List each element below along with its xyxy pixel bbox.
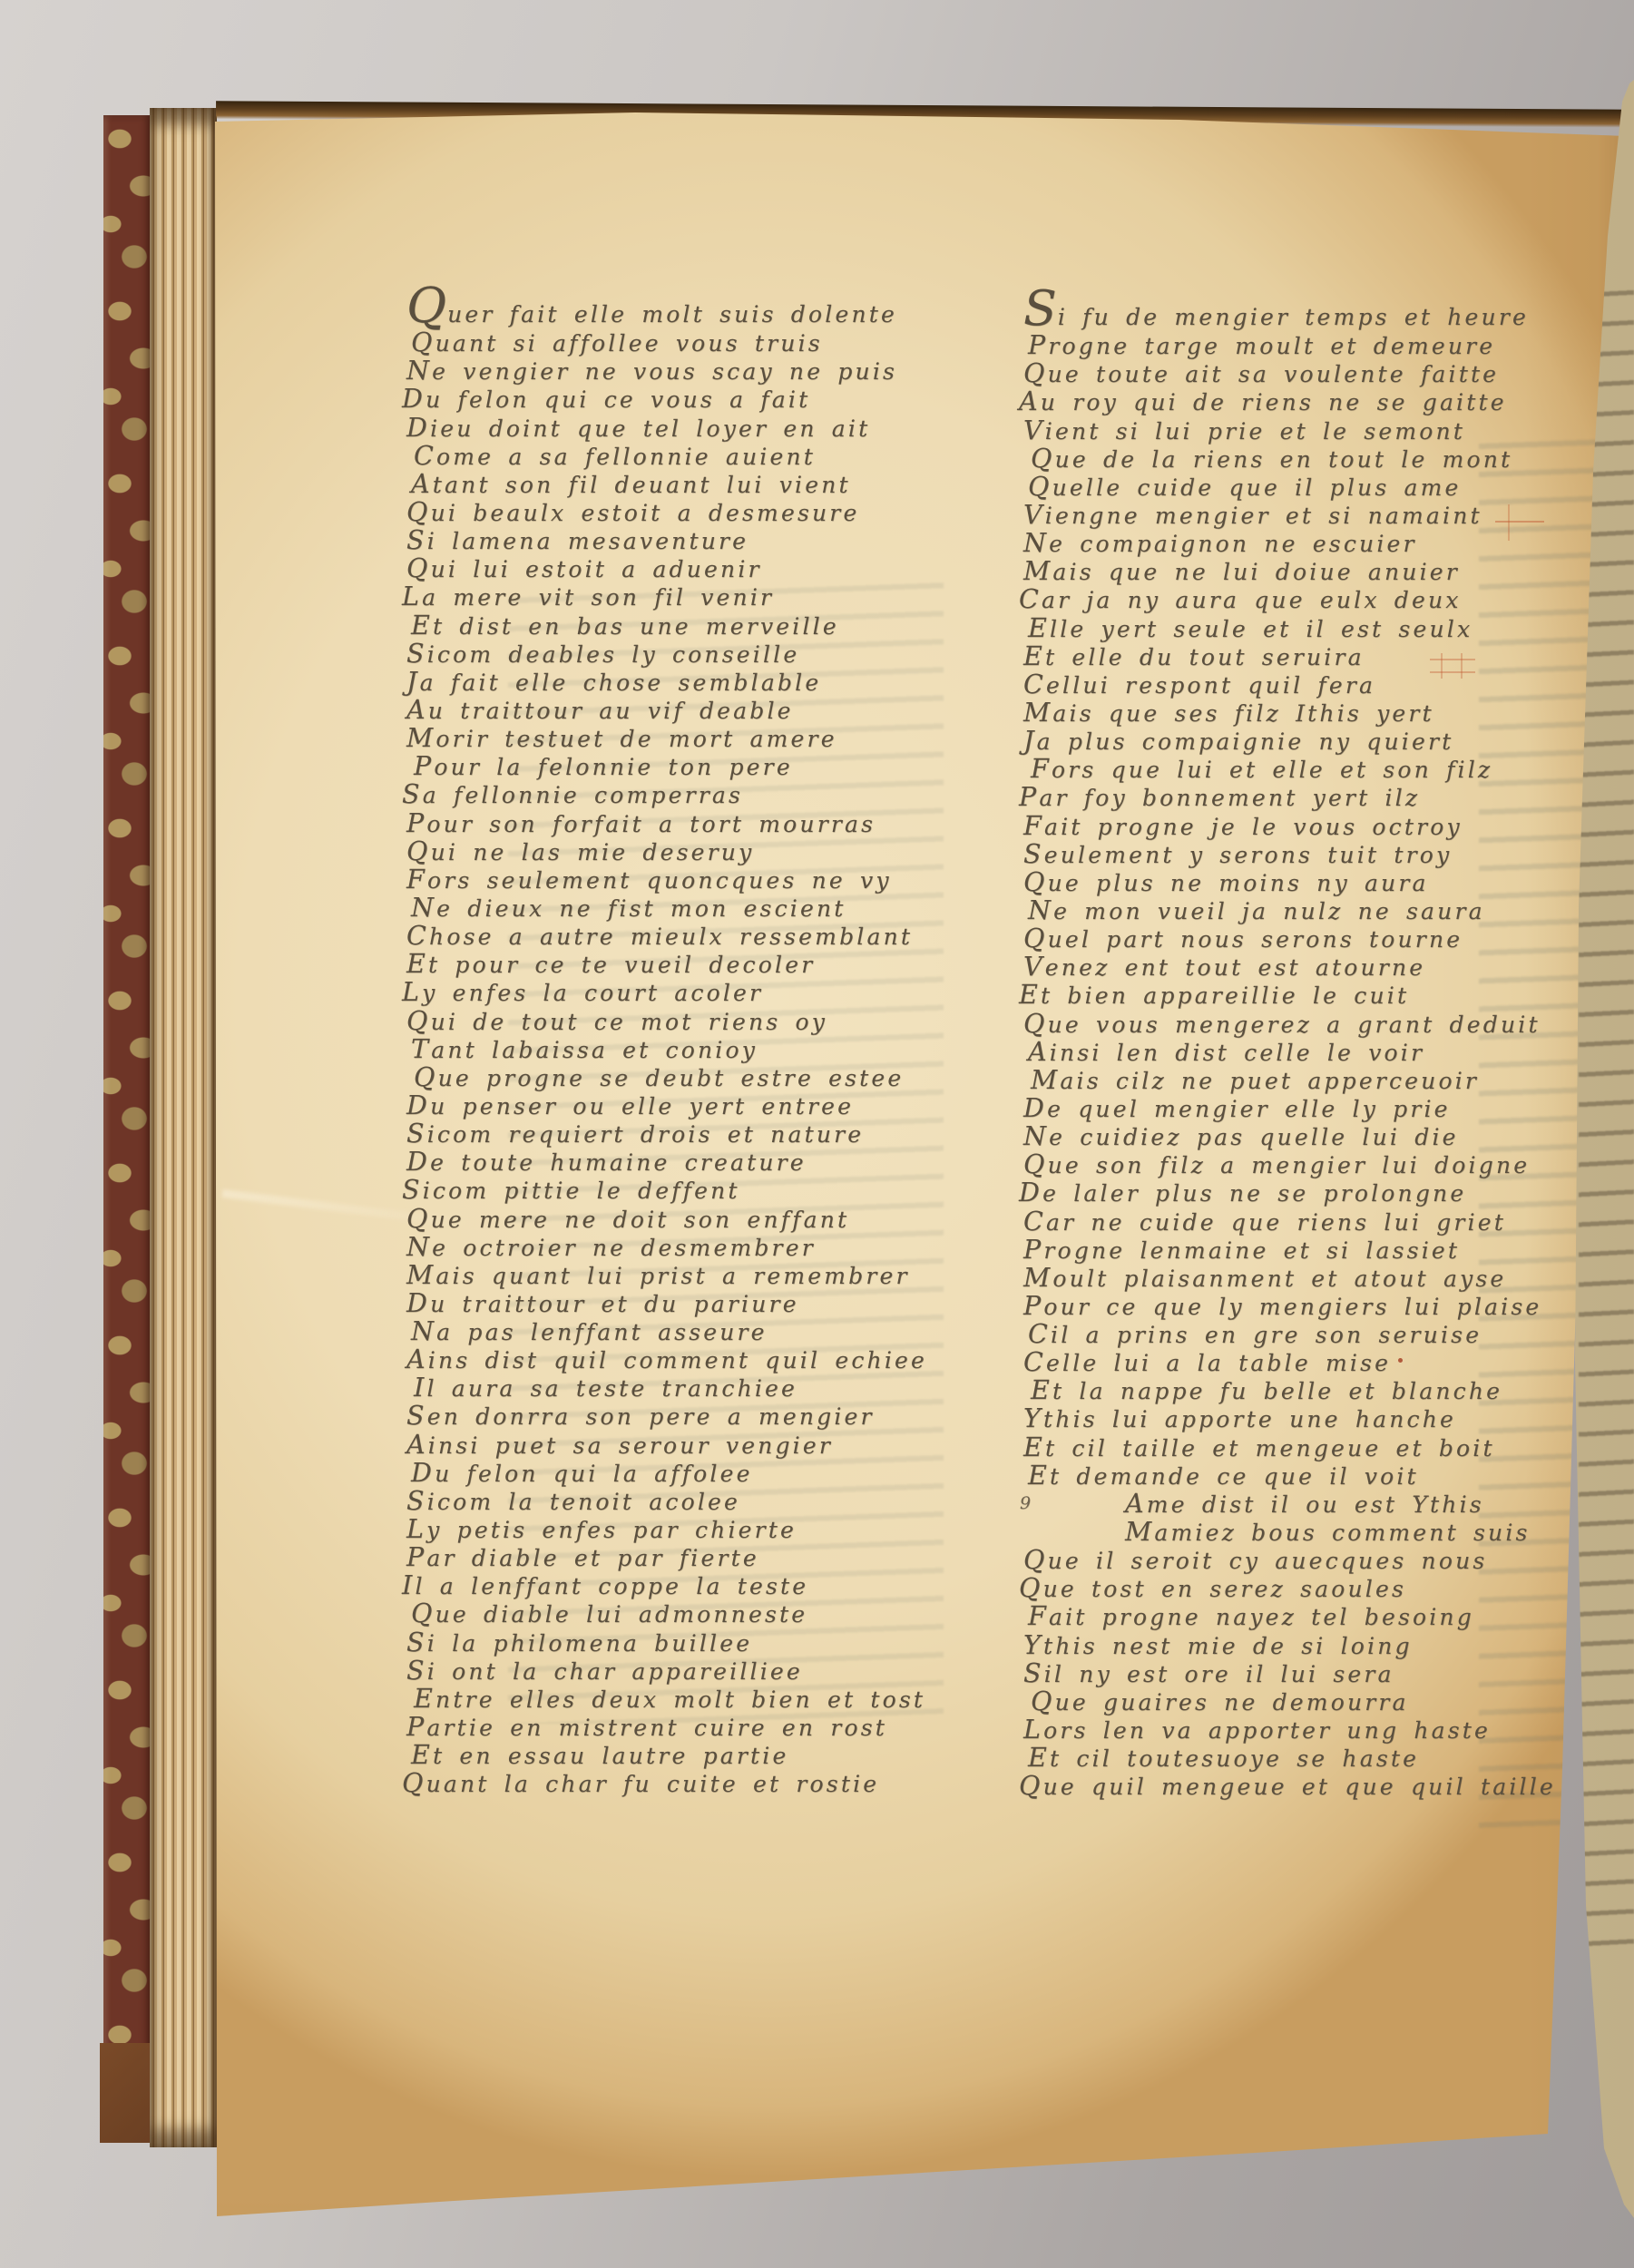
manuscript-line: Ains dist quil comment quil echiee	[406, 1345, 987, 1374]
manuscript-line: Fait progne nayez tel besoing	[1028, 1602, 1590, 1630]
manuscript-photo: Quer fait elle molt suis dolenteQuant si…	[0, 0, 1634, 2268]
manuscript-line: Mais que ne lui doiue anuier	[1023, 557, 1586, 585]
manuscript-line: Ne mon vueil ja nulz ne saura	[1028, 896, 1590, 924]
manuscript-line: Que progne se deubt estre estee	[414, 1063, 994, 1091]
manuscript-line: Ly petis enfes par chierte	[406, 1515, 987, 1543]
manuscript-line: Et dist en bas une merveille	[411, 611, 992, 640]
text-column-left: Quer fait elle molt suis dolenteQuant si…	[406, 300, 987, 1797]
manuscript-line: Sil ny est ore il lui sera	[1023, 1659, 1586, 1687]
manuscript-line: Au roy qui de riens ne se gaitte	[1019, 387, 1581, 415]
manuscript-line: Pour la felonnie ton pere	[414, 752, 994, 780]
manuscript-line: Il aura sa teste tranchiee	[414, 1374, 994, 1402]
manuscript-line: Par foy bonnement yert ilz	[1019, 783, 1581, 811]
manuscript-line: La mere vit son fil venir	[402, 582, 983, 611]
manuscript-line: De quel mengier elle ly prie	[1023, 1094, 1586, 1122]
manuscript-line: Sa fellonnie comperras	[402, 780, 983, 808]
manuscript-line: Que guaires ne demourra	[1031, 1687, 1593, 1716]
manuscript-line: Elle yert seule et il est seulx	[1028, 614, 1590, 642]
page-edge-stack	[150, 108, 217, 2147]
manuscript-line: Que vous mengerez a grant deduit	[1023, 1010, 1586, 1038]
manuscript-line: Na pas lenffant asseure	[411, 1317, 992, 1345]
manuscript-line: Du penser ou elle yert entree	[406, 1091, 987, 1119]
manuscript-line: Et elle du tout seruira	[1023, 642, 1586, 670]
manuscript-line: Mais que ses filz Ithis yert	[1023, 699, 1586, 727]
manuscript-line: Atant son fil deuant lui vient	[411, 470, 992, 498]
manuscript-line: Progne lenmaine et si lassiet	[1023, 1236, 1586, 1264]
manuscript-line: Lors len va apporter ung haste	[1023, 1716, 1586, 1744]
manuscript-line: Come a sa fellonnie auient	[414, 442, 994, 470]
manuscript-line: Et cil taille et mengeue et boit	[1023, 1433, 1586, 1461]
manuscript-line: Pour ce que ly mengiers lui plaise	[1023, 1292, 1586, 1320]
manuscript-line: Du traittour et du pariure	[406, 1289, 987, 1317]
manuscript-line: Que mere ne doit son enffant	[406, 1205, 987, 1233]
manuscript-line: Ainsi len dist celle le voir	[1028, 1038, 1590, 1066]
manuscript-line: Venez ent tout est atourne	[1023, 953, 1586, 981]
manuscript-line: Si lamena mesaventure	[406, 526, 987, 554]
manuscript-line: Sen donrra son pere a mengier	[406, 1402, 987, 1430]
manuscript-line: Fors que lui et elle et son filz	[1031, 755, 1593, 783]
manuscript-line: Ne compaignon ne escuier	[1023, 529, 1586, 557]
manuscript-line: Fait progne je le vous octroy	[1023, 812, 1586, 840]
manuscript-line: Si fu de mengier temps et heure	[1023, 303, 1586, 331]
manuscript-line: De laler plus ne se prolongne	[1019, 1178, 1581, 1207]
manuscript-line: Ja plus compaignie ny quiert	[1023, 727, 1586, 755]
manuscript-line: Qui lui estoit a aduenir	[406, 554, 987, 582]
manuscript-line: Ne cuidiez pas quelle lui die	[1023, 1122, 1586, 1150]
manuscript-line: Qui de tout ce mot riens oy	[406, 1007, 987, 1035]
manuscript-line: Quant la char fu cuite et rostie	[402, 1769, 983, 1797]
paragraph-mark: 9	[1020, 1493, 1033, 1513]
manuscript-line: Que tost en serez saoules	[1019, 1574, 1581, 1602]
manuscript-line: Quant si affollee vous truis	[411, 328, 992, 357]
manuscript-line: Que son filz a mengier lui doigne	[1023, 1150, 1586, 1178]
manuscript-line: Ainsi puet sa serour vengier	[406, 1431, 987, 1459]
manuscript-line: Tant labaissa et conioy	[411, 1035, 992, 1063]
manuscript-line: Mais cilz ne puet apperceuoir	[1031, 1066, 1593, 1094]
manuscript-line: Celle lui a la table mise	[1023, 1348, 1586, 1376]
manuscript-line: Qui beaulx estoit a desmesure	[406, 498, 987, 526]
manuscript-line: Dieu doint que tel loyer en ait	[406, 414, 987, 442]
manuscript-line: Ja fait elle chose semblable	[406, 668, 987, 696]
manuscript-line: Et demande ce que il voit	[1028, 1461, 1590, 1490]
manuscript-line: Et en essau lautre partie	[411, 1741, 992, 1769]
manuscript-line: Si la philomena buillee	[406, 1628, 987, 1657]
manuscript-line: Car ja ny aura que eulx deux	[1019, 585, 1581, 613]
manuscript-line: Au traittour au vif deable	[406, 696, 987, 724]
manuscript-line: Ythis lui apporte une hanche	[1023, 1404, 1586, 1432]
manuscript-line: Sicom deables ly conseille	[406, 640, 987, 668]
manuscript-line: Ly enfes la court acoler	[402, 978, 983, 1006]
manuscript-line: Que il seroit cy auecques nous	[1023, 1546, 1586, 1574]
manuscript-line: Que quil mengeue et que quil taille	[1019, 1772, 1581, 1800]
manuscript-line: Et pour ce te vueil decoler	[406, 950, 987, 978]
book-cover-spine-marbled	[103, 115, 152, 2133]
manuscript-line: Que plus ne moins ny aura	[1023, 868, 1586, 896]
enlarged-initial: S	[1023, 279, 1058, 337]
manuscript-line: Entre elles deux molt bien et tost	[414, 1685, 994, 1713]
text-column-right: Si fu de mengier temps et heureProgne ta…	[1023, 303, 1586, 1800]
manuscript-line: Quel part nous serons tourne	[1023, 924, 1586, 953]
manuscript-line: Sicom requiert drois et nature	[406, 1119, 987, 1148]
manuscript-line: Viengne mengier et si namaint	[1023, 501, 1586, 529]
manuscript-line: Par diable et par fierte	[406, 1543, 987, 1571]
left-page-verso: Quer fait elle molt suis dolenteQuant si…	[0, 0, 1634, 2268]
manuscript-line: Sicom pittie le deffent	[402, 1176, 983, 1204]
manuscript-line: Et cil toutesuoye se haste	[1028, 1744, 1590, 1772]
manuscript-line: Quelle cuide que il plus ame	[1028, 473, 1590, 501]
manuscript-line: Ne octroier ne desmembrer	[406, 1233, 987, 1261]
manuscript-line: Chose a autre mieulx ressemblant	[406, 922, 987, 950]
manuscript-line: Qui ne las mie deseruy	[406, 837, 987, 865]
manuscript-line: Si ont la char appareilliee	[406, 1657, 987, 1685]
manuscript-line: Du felon qui ce vous a fait	[402, 385, 983, 413]
manuscript-line: Pour son forfait a tort mourras	[406, 809, 987, 837]
manuscript-line: Mamiez bous comment suis	[1023, 1518, 1586, 1546]
manuscript-line: Partie en mistrent cuire en rost	[406, 1713, 987, 1741]
manuscript-line: Ne dieux ne fist mon escient	[411, 894, 992, 922]
manuscript-line: Morir testuet de mort amere	[406, 724, 987, 752]
manuscript-line: Cil a prins en gre son seruise	[1028, 1320, 1590, 1348]
manuscript-line: Vient si lui prie et le semont	[1023, 416, 1586, 445]
manuscript-line: Ame dist il ou est Ythis	[1023, 1490, 1586, 1518]
manuscript-line: Que diable lui admonneste	[411, 1599, 992, 1628]
manuscript-line: Du felon qui la affolee	[411, 1459, 992, 1487]
manuscript-line: De toute humaine creature	[406, 1148, 987, 1176]
manuscript-line: Seulement y serons tuit troy	[1023, 840, 1586, 868]
manuscript-line: Fors seulement quoncques ne vy	[406, 865, 987, 894]
manuscript-line: Et bien appareillie le cuit	[1019, 981, 1581, 1009]
manuscript-line: Moult plaisanment et atout ayse	[1023, 1264, 1586, 1292]
enlarged-initial: Q	[406, 277, 447, 334]
manuscript-line: Quer fait elle molt suis dolente	[406, 300, 987, 328]
manuscript-line: Que de la riens en tout le mont	[1031, 445, 1593, 473]
manuscript-line: Ythis nest mie de si loing	[1023, 1631, 1586, 1659]
manuscript-line: Et la nappe fu belle et blanche	[1031, 1376, 1593, 1404]
manuscript-line: Que toute ait sa voulente faitte	[1023, 359, 1586, 387]
manuscript-line: Il a lenffant coppe la teste	[402, 1571, 983, 1599]
manuscript-line: Mais quant lui prist a remembrer	[406, 1261, 987, 1289]
manuscript-line: Sicom la tenoit acolee	[406, 1487, 987, 1515]
manuscript-line: Car ne cuide que riens lui griet	[1023, 1207, 1586, 1236]
manuscript-line: Progne targe moult et demeure	[1028, 331, 1590, 359]
manuscript-line: Cellui respont quil fera	[1023, 670, 1586, 699]
manuscript-line: Ne vengier ne vous scay ne puis	[406, 357, 987, 385]
